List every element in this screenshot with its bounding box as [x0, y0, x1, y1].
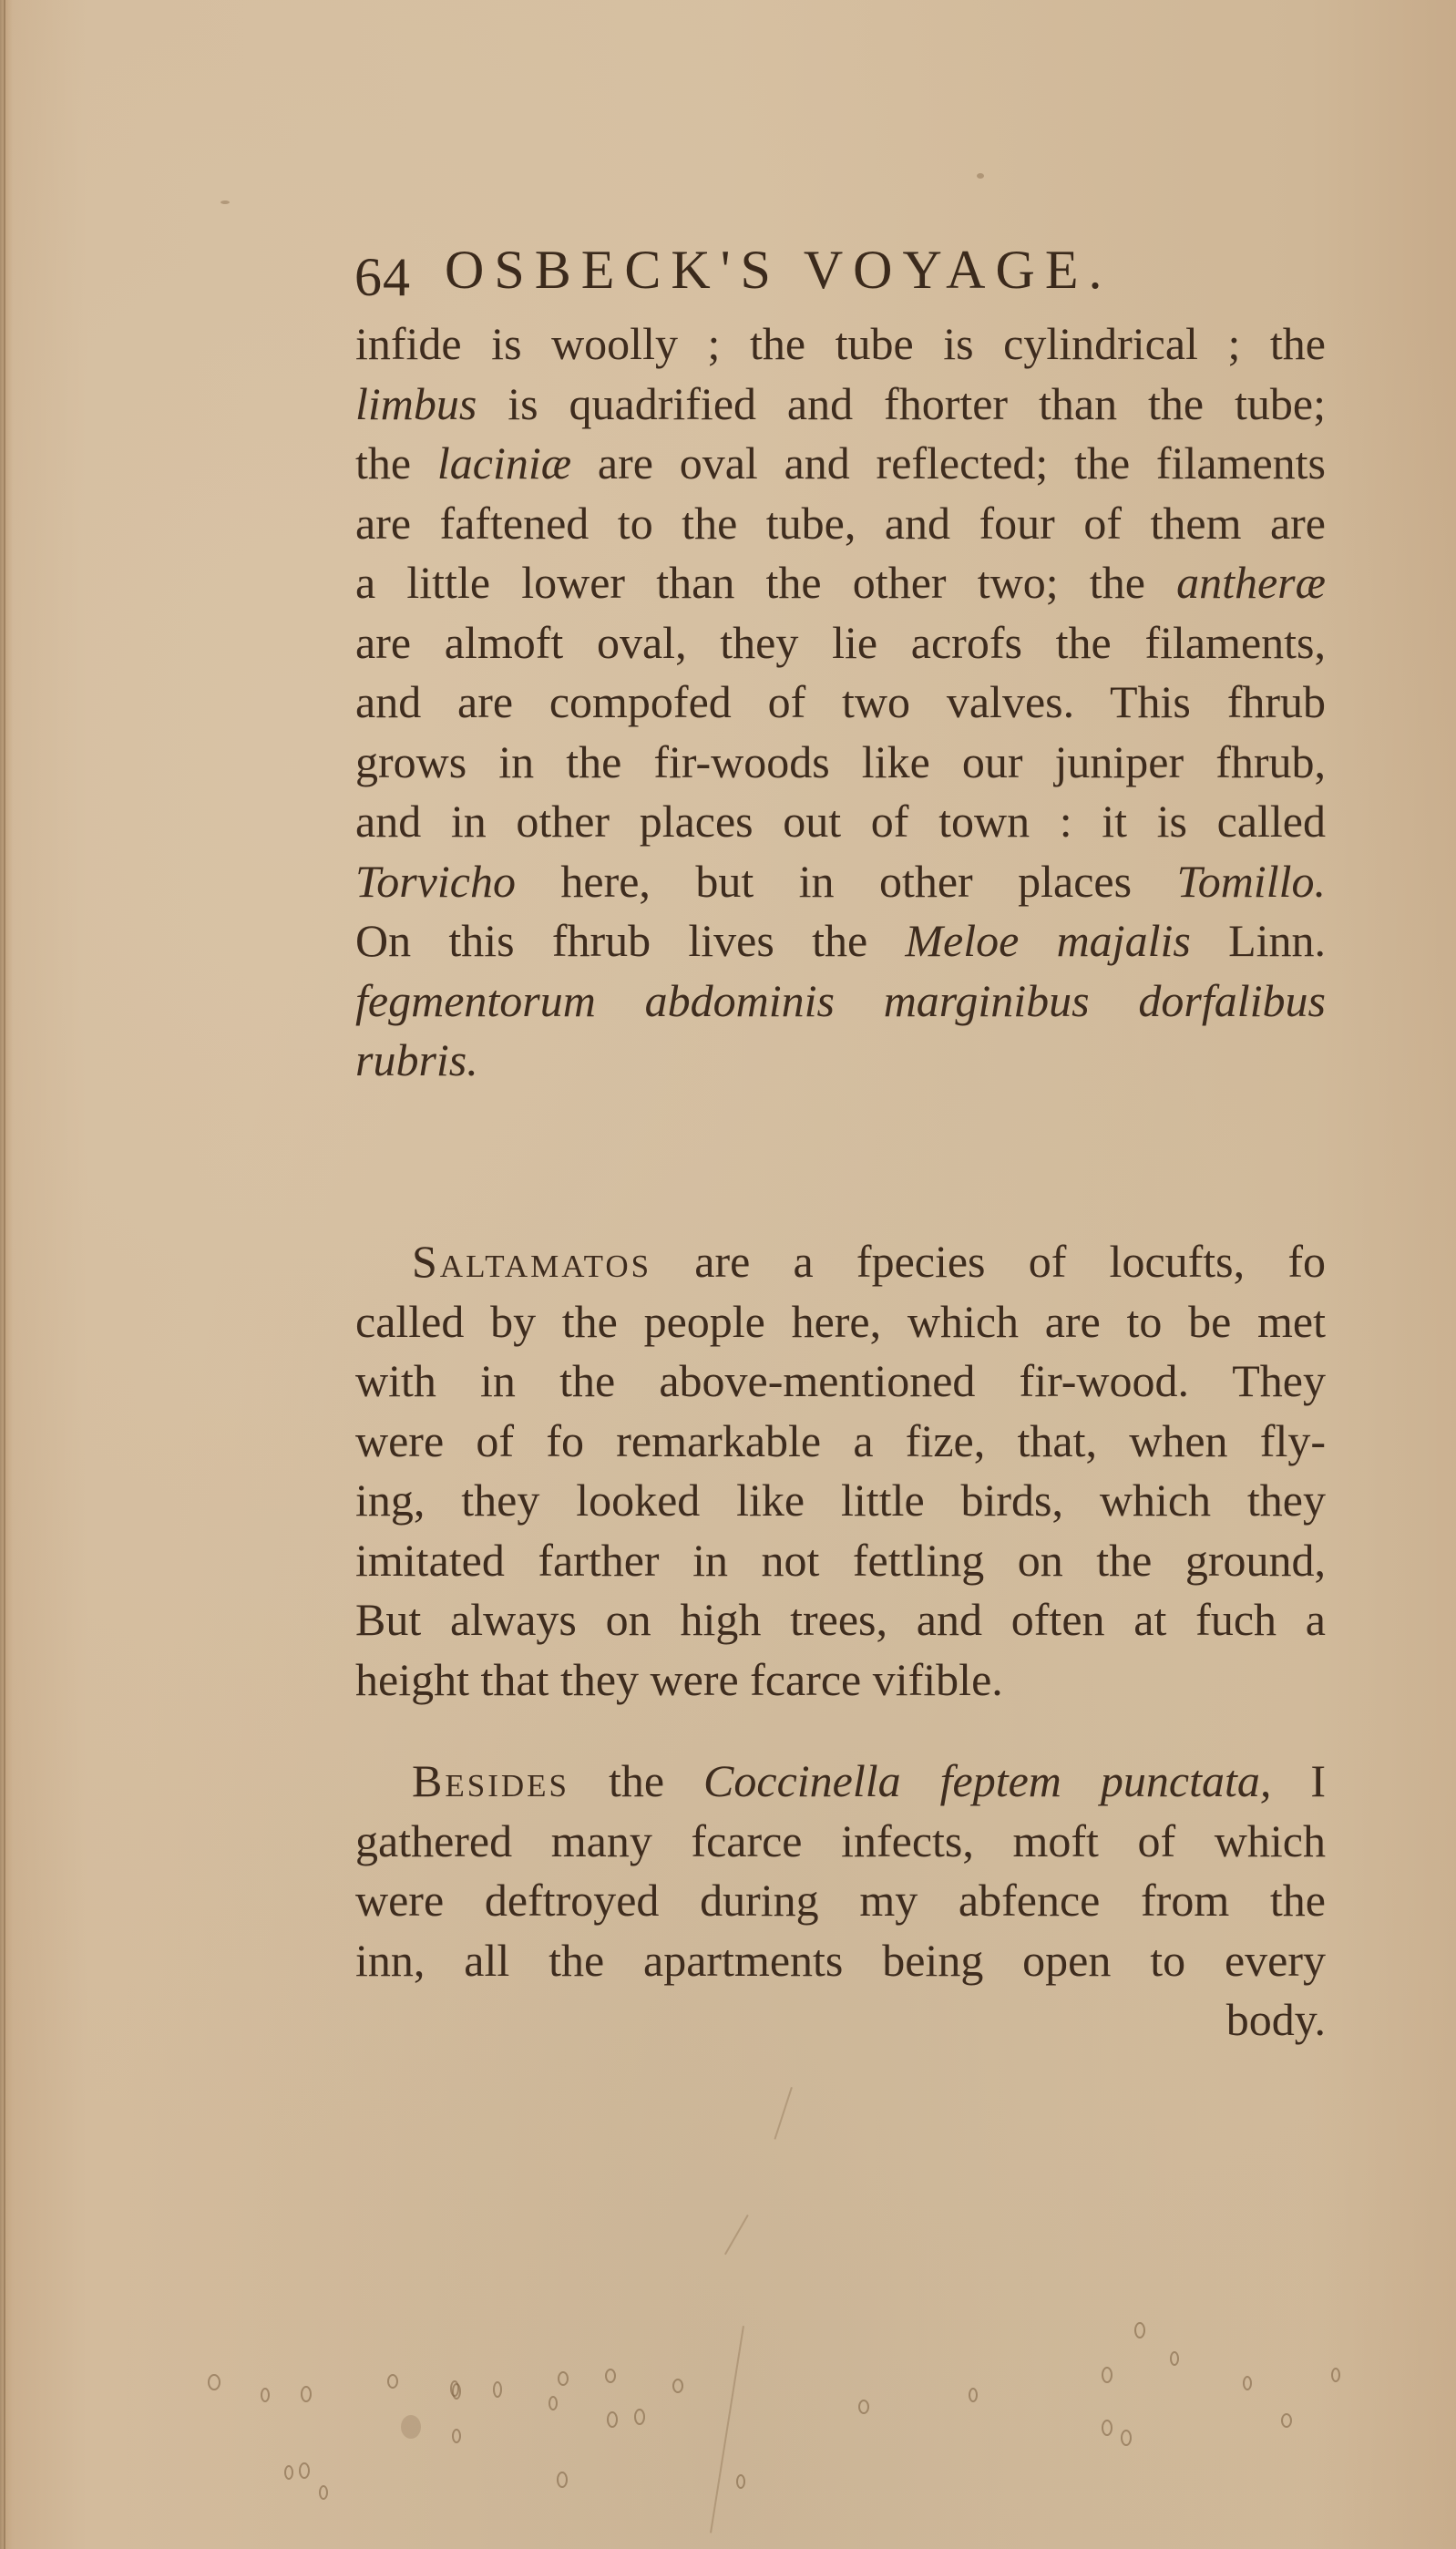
text-run: were of fo remarkable a fize, that, when… [355, 1415, 1326, 1466]
text-line: and are compofed of two valves. This fhr… [355, 673, 1326, 733]
paper-blemish [299, 2462, 310, 2479]
text-line: a little lower than the other two; the a… [355, 553, 1326, 613]
paper-blemish [969, 2388, 978, 2402]
paragraph-saltamatos: Saltamatos are a fpecies of locufts, fo … [355, 1232, 1326, 1710]
paper-crease [710, 2326, 744, 2533]
text-run: are almoft oval, they lie acrofs the fil… [355, 617, 1326, 668]
text-line: are almoft oval, they lie acrofs the fil… [355, 613, 1326, 673]
page-binding-edge [0, 0, 13, 2549]
text-line: were of fo remarkable a fize, that, when… [355, 1412, 1326, 1472]
paper-spot [220, 200, 230, 204]
paper-blemish [1121, 2430, 1132, 2446]
paper-blemish [493, 2381, 502, 2398]
paper-blemish [558, 2371, 569, 2386]
text-run: inn, all the apartments being open to ev… [355, 1935, 1326, 1986]
paper-blemish [605, 2369, 616, 2383]
text-line: gathered many fcarce infects, moft of wh… [355, 1812, 1326, 1872]
text-run: with in the above-mentioned fir-wood. Th… [355, 1355, 1326, 1406]
text-line: the laciniæ are oval and reflected; the … [355, 434, 1326, 494]
text-line: are faftened to the tube, and four of th… [355, 494, 1326, 554]
text-line: Saltamatos are a fpecies of locufts, fo [355, 1232, 1326, 1292]
running-head: 64 OSBECK'S VOYAGE. [351, 239, 1353, 312]
paper-blemish [301, 2386, 312, 2402]
text-run: and are compofed of two valves. This fhr… [355, 676, 1326, 727]
text-run: are oval and reflected; the filaments [571, 437, 1326, 488]
paper-blemish [607, 2411, 618, 2428]
text-run: But always on high trees, and often at f… [355, 1594, 1326, 1645]
text-run: are faftened to the tube, and four of th… [355, 498, 1326, 549]
paragraph-besides: Besides the Coccinella feptem punctata, … [355, 1752, 1326, 2051]
text-run: were deftroyed during my abfence from th… [355, 1875, 1326, 1926]
paper-blemish [858, 2400, 869, 2414]
paper-blemish [284, 2465, 293, 2480]
latin-term: laciniæ [437, 437, 571, 488]
text-run: On this fhrub lives the [355, 915, 905, 966]
text-run: the [355, 437, 437, 488]
paper-crease [774, 2087, 792, 2140]
paragraph-continuation: infide is woolly ; the tube is cylindric… [355, 314, 1326, 1091]
latin-term: Torvicho [355, 856, 516, 907]
page-edge-line [4, 0, 5, 2549]
paper-blemish [1134, 2322, 1145, 2338]
text-run: ing, they looked like little birds, whic… [355, 1475, 1326, 1526]
paper-blemish [1281, 2413, 1292, 2428]
paper-blemish [1102, 2420, 1113, 2436]
text-line: were deftroyed during my abfence from th… [355, 1871, 1326, 1931]
paper-blemish [557, 2472, 568, 2488]
species-name: Meloe majalis [905, 915, 1190, 966]
text-line: and in other places out of town : it is … [355, 792, 1326, 852]
text-run: grows in the fir-woods like our juniper … [355, 736, 1326, 787]
paper-blemish [1102, 2367, 1113, 2383]
text-line: with in the above-mentioned fir-wood. Th… [355, 1352, 1326, 1412]
text-line: But always on high trees, and often at f… [355, 1590, 1326, 1650]
text-run: height that they were fcarce vifible. [355, 1654, 1003, 1705]
text-line: limbus is quadrified and fhorter than th… [355, 375, 1326, 435]
text-line: rubris. [355, 1031, 1326, 1091]
paper-blemish [736, 2474, 745, 2489]
text-run: here, but in other places [516, 856, 1177, 907]
text-run: gathered many fcarce infects, moft of wh… [355, 1815, 1326, 1866]
text-run: Linn. [1191, 915, 1326, 966]
text-line: ing, they looked like little birds, whic… [355, 1471, 1326, 1531]
text-line: Torvicho here, but in other places Tomil… [355, 852, 1326, 912]
paper-blemish [549, 2396, 558, 2410]
species-name: Coccinella feptem punctata, [703, 1755, 1271, 1806]
text-run: a little lower than the other two; the [355, 557, 1176, 608]
paper-blemish [634, 2409, 645, 2425]
text-line: body. [355, 1990, 1326, 2051]
text-line: grows in the fir-woods like our juniper … [355, 733, 1326, 793]
paper-blemish [672, 2379, 683, 2393]
latin-term: Tomillo. [1176, 856, 1326, 907]
paper-blemish [319, 2485, 328, 2500]
book-page: 64 OSBECK'S VOYAGE. infide is woolly ; t… [0, 0, 1456, 2549]
latin-term: antheræ [1176, 557, 1326, 608]
paper-blemish [208, 2374, 220, 2390]
paper-spot [977, 173, 984, 179]
text-run: are a fpecies of locufts, fo [651, 1236, 1326, 1287]
text-line: inn, all the apartments being open to ev… [355, 1931, 1326, 1991]
text-line: On this fhrub lives the Meloe majalis Li… [355, 911, 1326, 971]
text-line: Besides the Coccinella feptem punctata, … [355, 1752, 1326, 1812]
text-run: I [1271, 1755, 1326, 1806]
latin-term: limbus [355, 378, 477, 429]
latin-description: rubris. [355, 1034, 478, 1085]
text-run: imitated farther in not fettling on the … [355, 1535, 1326, 1586]
paper-blemish [1170, 2351, 1179, 2366]
paragraph-lead-word: Saltamatos [412, 1236, 651, 1287]
text-line: fegmentorum abdominis marginibus dorfali… [355, 971, 1326, 1032]
page-number: 64 [354, 246, 411, 309]
latin-description: fegmentorum abdominis marginibus dorfali… [355, 975, 1326, 1026]
paper-blemish [452, 2429, 461, 2443]
running-title: OSBECK'S VOYAGE. [445, 239, 1112, 302]
text-run: is quadrified and fhorter than the tube; [477, 378, 1326, 429]
paragraph-lead-word: Besides [412, 1755, 569, 1806]
text-run: and in other places out of town : it is … [355, 796, 1326, 847]
paper-blemish [387, 2374, 398, 2389]
text-run: the [569, 1755, 703, 1806]
text-line: called by the people here, which are to … [355, 1292, 1326, 1352]
text-run: body. [1226, 1994, 1326, 2045]
paper-blemish [261, 2388, 270, 2402]
paper-blemish [1331, 2368, 1340, 2382]
text-run: infide is woolly ; the tube is cylindric… [355, 318, 1326, 369]
paper-crease [724, 2215, 749, 2255]
text-line: infide is woolly ; the tube is cylindric… [355, 314, 1326, 375]
paper-blemish [1243, 2376, 1252, 2390]
text-line: imitated farther in not fettling on the … [355, 1531, 1326, 1591]
text-line: height that they were fcarce vifible. [355, 1650, 1326, 1711]
paper-spot [401, 2415, 421, 2439]
paper-blemish [450, 2380, 459, 2397]
text-run: called by the people here, which are to … [355, 1296, 1326, 1347]
